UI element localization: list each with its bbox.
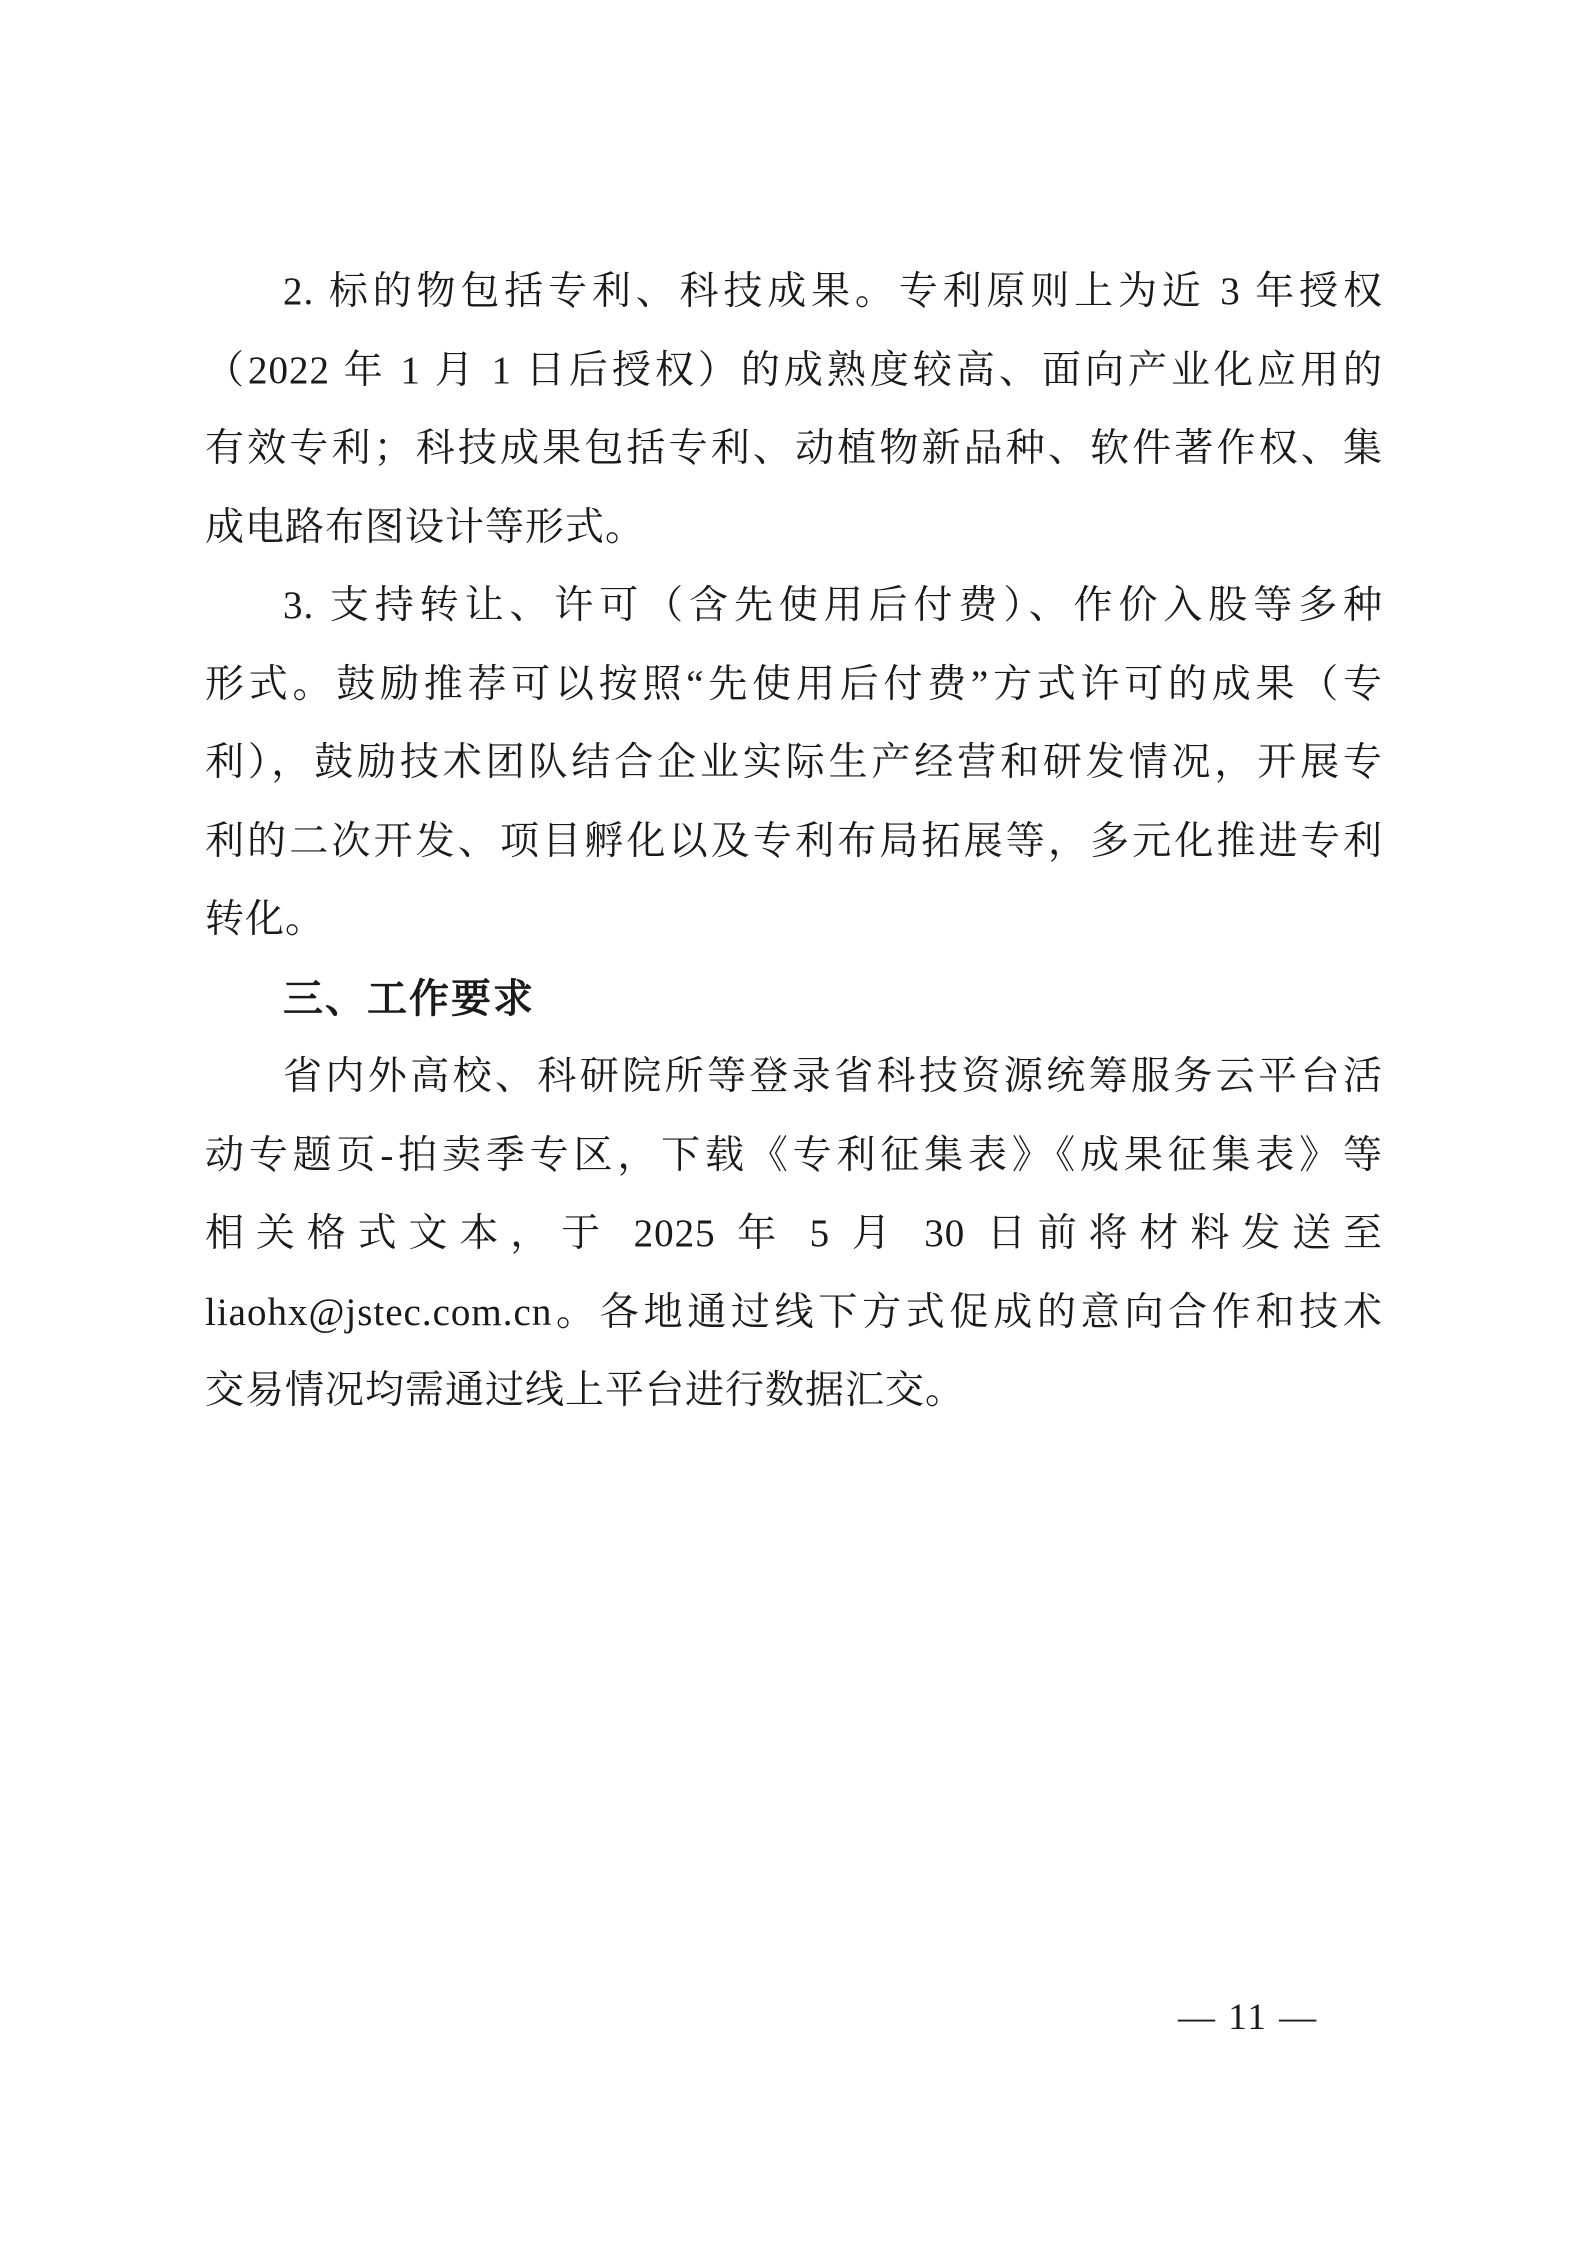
paragraph-3-line-3: 利），鼓励技术团队结合企业实际生产经营和研发情况，开展专 — [205, 724, 1383, 803]
paragraph-4-line-3: 相关格式文本，于 2025 年 5 月 30 日前将材料发送至 — [205, 1195, 1383, 1274]
paragraph-4-line-5: 交易情况均需通过线上平台进行数据汇交。 — [205, 1352, 1383, 1431]
paragraph-2-line-3: 有效专利；科技成果包括专利、动植物新品种、软件著作权、集 — [205, 410, 1383, 489]
document-page: 2. 标的物包括专利、科技成果。专利原则上为近 3 年授权 （2022 年 1 … — [0, 0, 1587, 2245]
paragraph-4-line-2: 动专题页-拍卖季专区，下载《专利征集表》《成果征集表》等 — [205, 1117, 1383, 1196]
paragraph-3-line-1: 3. 支持转让、许可（含先使用后付费）、作价入股等多种 — [205, 567, 1383, 646]
paragraph-2-line-4: 成电路布图设计等形式。 — [205, 489, 1383, 568]
paragraph-3-line-2: 形式。鼓励推荐可以按照“先使用后付费”方式许可的成果（专 — [205, 646, 1383, 725]
section-heading-work-requirements: 三、工作要求 — [205, 960, 1383, 1039]
document-body: 2. 标的物包括专利、科技成果。专利原则上为近 3 年授权 （2022 年 1 … — [205, 253, 1383, 1431]
paragraph-2-line-1: 2. 标的物包括专利、科技成果。专利原则上为近 3 年授权 — [205, 253, 1383, 332]
paragraph-2-line-2: （2022 年 1 月 1 日后授权）的成熟度较高、面向产业化应用的 — [205, 332, 1383, 411]
paragraph-3-line-4: 利的二次开发、项目孵化以及专利布局拓展等，多元化推进专利 — [205, 803, 1383, 882]
paragraph-4-line-1: 省内外高校、科研院所等登录省科技资源统筹服务云平台活 — [205, 1038, 1383, 1117]
page-number: — 11 — — [1178, 1996, 1318, 2040]
paragraph-4-line-4-email: liaohx@jstec.com.cn。各地通过线下方式促成的意向合作和技术 — [205, 1274, 1383, 1353]
paragraph-3-line-5: 转化。 — [205, 881, 1383, 960]
